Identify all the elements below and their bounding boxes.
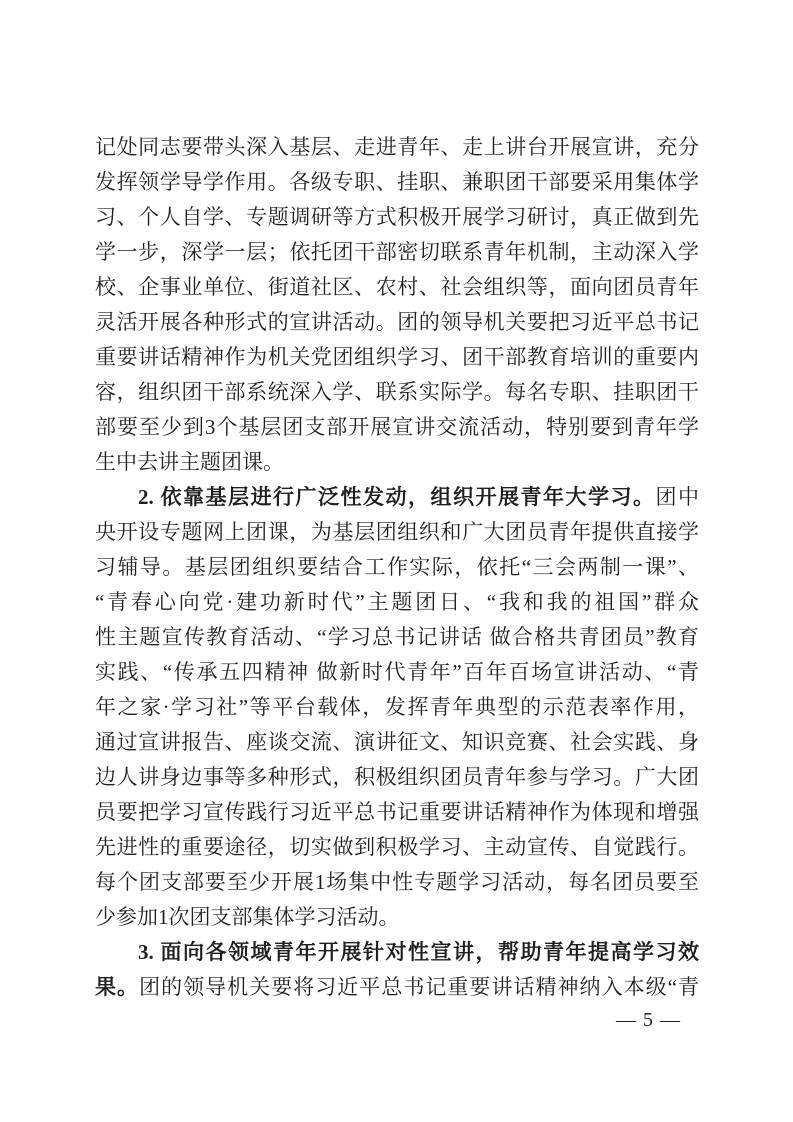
body-text-segment: 通过宣讲报告、座谈交流、演讲征文、知识竞赛、社会实践、身 — [95, 730, 699, 754]
text-line: 生中去讲主题团课。 — [95, 445, 699, 480]
text-line: 学一步，深学一层；依托团干部密切联系青年机制，主动深入学 — [95, 235, 699, 270]
text-line: 灵活开展各种形式的宣讲活动。团的领导机关要把习近平总书记 — [95, 305, 699, 340]
body-text-segment: 员要把学习宣传践行习近平总书记重要讲话精神作为体现和增强 — [95, 800, 699, 824]
body-text-segment: 团中 — [656, 485, 700, 509]
body-text-segment: 习辅导。基层团组织要结合工作实际，依托“三会两制一课”、 — [95, 555, 699, 579]
text-line: 习辅导。基层团组织要结合工作实际，依托“三会两制一课”、 — [95, 550, 699, 585]
body-text-segment: 性主题宣传教育活动、“学习总书记讲话 做合格共青团员”教育 — [95, 625, 699, 649]
text-line: 2. 依靠基层进行广泛性发动，组织开展青年大学习。团中 — [95, 480, 699, 515]
text-line: 实践、“传承五四精神 做新时代青年”百年百场宣讲活动、“青 — [95, 655, 699, 690]
document-body: 记处同志要带头深入基层、走进青年、走上讲台开展宣讲，充分发挥领学导学作用。各级专… — [95, 130, 699, 1005]
text-line: 通过宣讲报告、座谈交流、演讲征文、知识竞赛、社会实践、身 — [95, 725, 699, 760]
text-line: 容，组织团干部系统深入学、联系实际学。每名专职、挂职团干 — [95, 375, 699, 410]
text-line: 果。团的领导机关要将习近平总书记重要讲话精神纳入本级“青 — [95, 970, 699, 1005]
text-line: “青春心向党·建功新时代”主题团日、“我和我的祖国”群众 — [95, 585, 699, 620]
body-text-segment: 生中去讲主题团课。 — [95, 450, 284, 474]
body-text-segment: 重要讲话精神作为机关党团组织学习、团干部教育培训的重要内 — [95, 345, 699, 369]
text-line: 记处同志要带头深入基层、走进青年、走上讲台开展宣讲，充分 — [95, 130, 699, 165]
text-line: 校、企事业单位、街道社区、农村、社会组织等，面向团员青年 — [95, 270, 699, 305]
numbered-heading-text: 果。 — [95, 975, 139, 999]
body-text-segment: 部要至少到3个基层团支部开展宣讲交流活动，特别要到青年学 — [95, 415, 699, 439]
numbered-heading-text: 3. 面向各领域青年开展针对性宣讲，帮助青年提高学习效 — [138, 940, 699, 964]
body-text-segment: “青春心向党·建功新时代”主题团日、“我和我的祖国”群众 — [95, 590, 699, 614]
body-text-segment: 每个团支部要至少开展1场集中性专题学习活动，每名团员要至 — [95, 870, 699, 894]
body-text-segment: 校、企事业单位、街道社区、农村、社会组织等，面向团员青年 — [95, 275, 699, 299]
body-text-segment: 团的领导机关要将习近平总书记重要讲话精神纳入本级“青 — [139, 975, 699, 999]
body-text-segment: 央开设专题网上团课，为基层团组织和广大团员青年提供直接学 — [95, 520, 699, 544]
body-text-segment: 先进性的重要途径，切实做到积极学习、主动宣传、自觉践行。 — [95, 835, 699, 859]
text-line: 年之家·学习社”等平台载体，发挥青年典型的示范表率作用， — [95, 690, 699, 725]
body-text-segment: 灵活开展各种形式的宣讲活动。团的领导机关要把习近平总书记 — [95, 310, 699, 334]
body-text-segment: 年之家·学习社”等平台载体，发挥青年典型的示范表率作用， — [95, 695, 699, 719]
text-line: 边人讲身边事等多种形式，积极组织团员青年参与学习。广大团 — [95, 760, 699, 795]
body-text-segment: 少参加1次团支部集体学习活动。 — [95, 905, 400, 929]
body-text-segment: 习、个人自学、专题调研等方式积极开展学习研讨，真正做到先 — [95, 205, 699, 229]
body-text-segment: 记处同志要带头深入基层、走进青年、走上讲台开展宣讲，充分 — [95, 135, 699, 159]
body-text-segment: 边人讲身边事等多种形式，积极组织团员青年参与学习。广大团 — [95, 765, 699, 789]
text-line: 央开设专题网上团课，为基层团组织和广大团员青年提供直接学 — [95, 515, 699, 550]
body-text-segment: 发挥领学导学作用。各级专职、挂职、兼职团干部要采用集体学 — [95, 170, 699, 194]
text-line: 3. 面向各领域青年开展针对性宣讲，帮助青年提高学习效 — [95, 935, 699, 970]
text-line: 重要讲话精神作为机关党团组织学习、团干部教育培训的重要内 — [95, 340, 699, 375]
text-line: 先进性的重要途径，切实做到积极学习、主动宣传、自觉践行。 — [95, 830, 699, 865]
text-line: 性主题宣传教育活动、“学习总书记讲话 做合格共青团员”教育 — [95, 620, 699, 655]
text-line: 每个团支部要至少开展1场集中性专题学习活动，每名团员要至 — [95, 865, 699, 900]
text-line: 少参加1次团支部集体学习活动。 — [95, 900, 699, 935]
body-text-segment: 实践、“传承五四精神 做新时代青年”百年百场宣讲活动、“青 — [95, 660, 699, 684]
text-line: 部要至少到3个基层团支部开展宣讲交流活动，特别要到青年学 — [95, 410, 699, 445]
text-line: 员要把学习宣传践行习近平总书记重要讲话精神作为体现和增强 — [95, 795, 699, 830]
page-number: — 5 — — [616, 1008, 681, 1032]
text-line: 发挥领学导学作用。各级专职、挂职、兼职团干部要采用集体学 — [95, 165, 699, 200]
body-text-segment: 学一步，深学一层；依托团干部密切联系青年机制，主动深入学 — [95, 240, 699, 264]
document-page: 记处同志要带头深入基层、走进青年、走上讲台开展宣讲，充分发挥领学导学作用。各级专… — [0, 0, 793, 1122]
body-text-segment: 容，组织团干部系统深入学、联系实际学。每名专职、挂职团干 — [95, 380, 699, 404]
text-line: 习、个人自学、专题调研等方式积极开展学习研讨，真正做到先 — [95, 200, 699, 235]
numbered-heading-text: 2. 依靠基层进行广泛性发动，组织开展青年大学习。 — [138, 485, 656, 509]
